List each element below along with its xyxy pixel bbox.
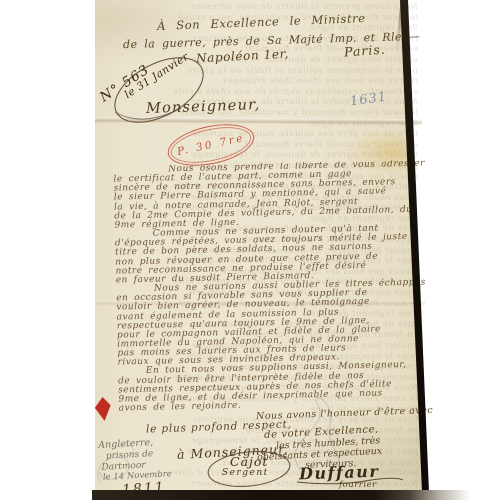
signature-cajot-name: Cajot bbox=[230, 454, 268, 469]
address-city: Paris. bbox=[344, 42, 387, 60]
letter-photo: Nous osons prendre la liberté de vous ad… bbox=[0, 0, 500, 500]
bottom-edge-shadow bbox=[92, 490, 470, 500]
signature-cajot-title: Sergent bbox=[222, 468, 269, 478]
signature-duffaur-title: fourrier bbox=[339, 480, 377, 490]
signature-cajot: Cajot Sergent bbox=[206, 449, 292, 489]
letter-body: Nous osons prendre la liberté de vous ad… bbox=[113, 159, 431, 418]
